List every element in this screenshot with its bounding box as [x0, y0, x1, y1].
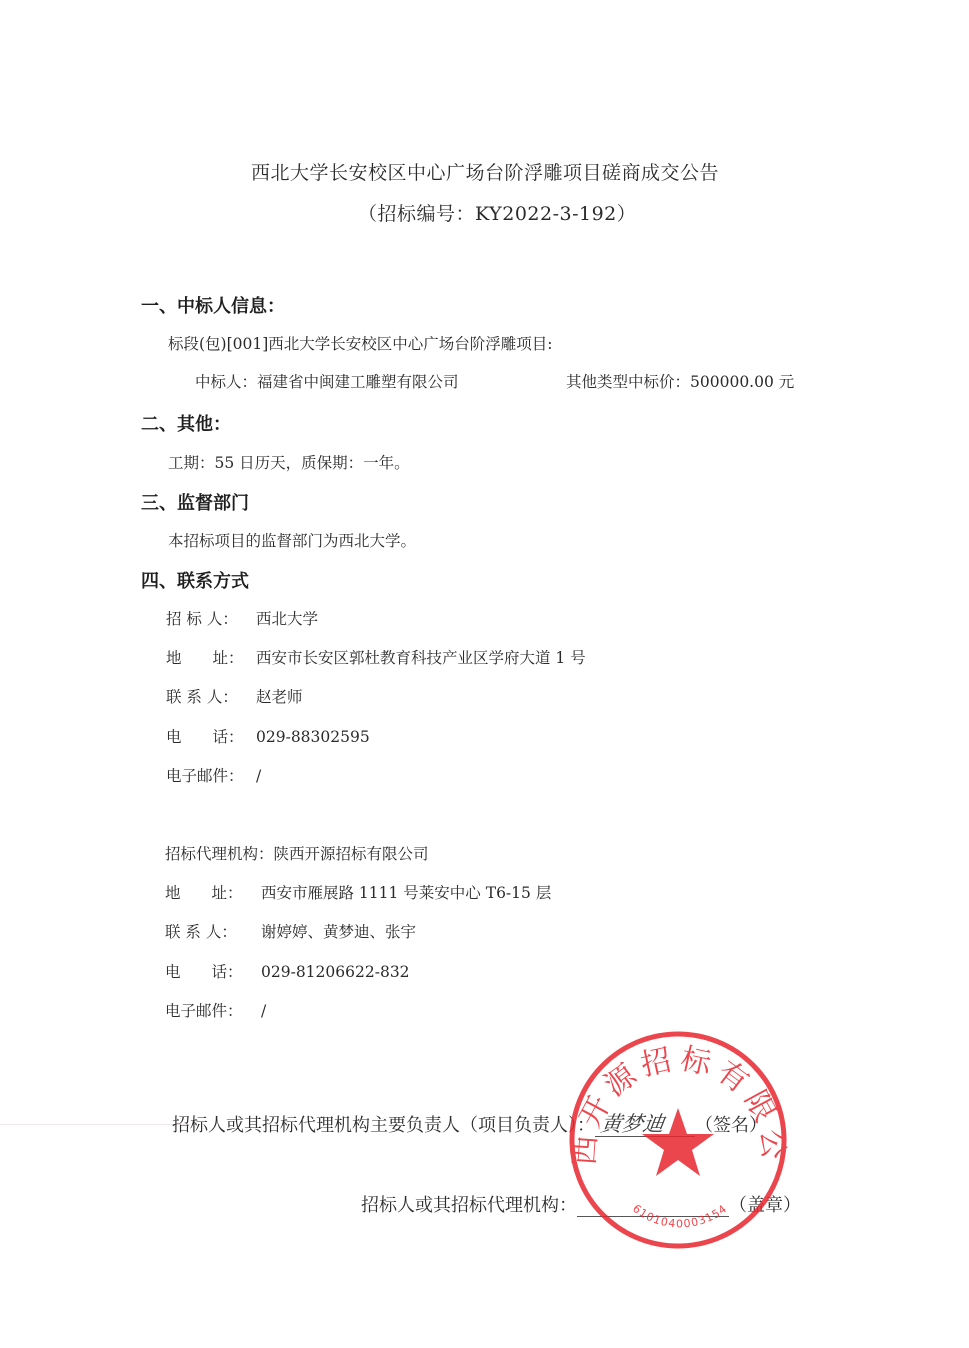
- duration-warranty: 工期：55 日历天，质保期：一年。: [168, 451, 410, 473]
- tenderer-contact-row: 联 系 人：赵老师: [166, 685, 303, 707]
- winner-name: 福建省中闽建工雕塑有限公司: [257, 373, 459, 391]
- price-value: 500000.00 元: [690, 373, 794, 391]
- field-label: 地 址：: [166, 646, 256, 668]
- field-value: 陕西开源招标有限公司: [274, 845, 429, 863]
- agency-contact-row: 联 系 人：谢婷婷、黄梦迪、张宇: [165, 920, 416, 942]
- scan-line: [0, 1124, 190, 1125]
- section-heading-contact: 四、联系方式: [141, 567, 249, 593]
- field-label: 地 址：: [165, 881, 261, 903]
- field-label: 电 话：: [166, 725, 256, 747]
- seal-star-icon: [642, 1108, 714, 1176]
- agency-email-row: 电子邮件：/: [165, 999, 266, 1021]
- winner-label: 中标人：: [195, 373, 257, 391]
- tenderer-phone-row: 电 话：029-88302595: [166, 725, 370, 747]
- agency-phone-row: 电 话：029-81206622-832: [165, 960, 410, 982]
- field-value: 西北大学: [256, 610, 318, 628]
- field-label: 招标代理机构：: [165, 845, 274, 863]
- supervision-text: 本招标项目的监督部门为西北大学。: [168, 529, 416, 551]
- field-value: 西安市雁展路 1111 号莱安中心 T6-15 层: [261, 884, 551, 902]
- field-value: 029-81206622-832: [261, 963, 410, 981]
- agency-name-row: 招标代理机构：陕西开源招标有限公司: [165, 842, 429, 864]
- company-seal-stamp-icon: 陕西开源招标有限公司 6101040003154: [564, 1026, 792, 1254]
- field-value: 西安市长安区郭杜教育科技产业区学府大道 1 号: [256, 649, 586, 667]
- lot-description: 标段(包)[001]西北大学长安校区中心广场台阶浮雕项目:: [168, 332, 553, 354]
- field-label: 联 系 人：: [165, 920, 261, 942]
- tenderer-address-row: 地 址：西安市长安区郭杜教育科技产业区学府大道 1 号: [166, 646, 586, 668]
- section-heading-other: 二、其他：: [141, 410, 231, 436]
- seal-label: 招标人或其招标代理机构：: [361, 1195, 577, 1216]
- document-title: 西北大学长安校区中心广场台阶浮雕项目磋商成交公告: [251, 158, 719, 185]
- field-label: 电 话：: [165, 960, 261, 982]
- field-value: 赵老师: [256, 688, 303, 706]
- tenderer-email-row: 电子邮件：/: [166, 764, 261, 786]
- section-heading-winner: 一、中标人信息：: [141, 292, 285, 318]
- field-label: 联 系 人：: [166, 685, 256, 707]
- field-label: 招 标 人：: [166, 607, 256, 629]
- field-label: 电子邮件：: [166, 764, 256, 786]
- svg-text:6101040003154: 6101040003154: [630, 1202, 730, 1230]
- field-label: 电子邮件：: [165, 999, 261, 1021]
- winner-row: 中标人：福建省中闽建工雕塑有限公司: [195, 370, 459, 392]
- price-row: 其他类型中标价：500000.00 元: [566, 370, 794, 392]
- field-value: 029-88302595: [256, 728, 370, 746]
- price-label: 其他类型中标价：: [566, 373, 690, 391]
- field-value: /: [261, 1002, 266, 1020]
- signature-label: 招标人或其招标代理机构主要负责人（项目负责人）：: [172, 1115, 595, 1136]
- tenderer-name-row: 招 标 人：西北大学: [166, 607, 318, 629]
- field-value: 谢婷婷、黄梦迪、张宇: [261, 923, 416, 941]
- agency-address-row: 地 址：西安市雁展路 1111 号莱安中心 T6-15 层: [165, 881, 551, 903]
- field-value: /: [256, 767, 261, 785]
- tender-number: （招标编号：KY2022-3-192）: [358, 199, 636, 226]
- section-heading-supervision: 三、监督部门: [141, 489, 249, 515]
